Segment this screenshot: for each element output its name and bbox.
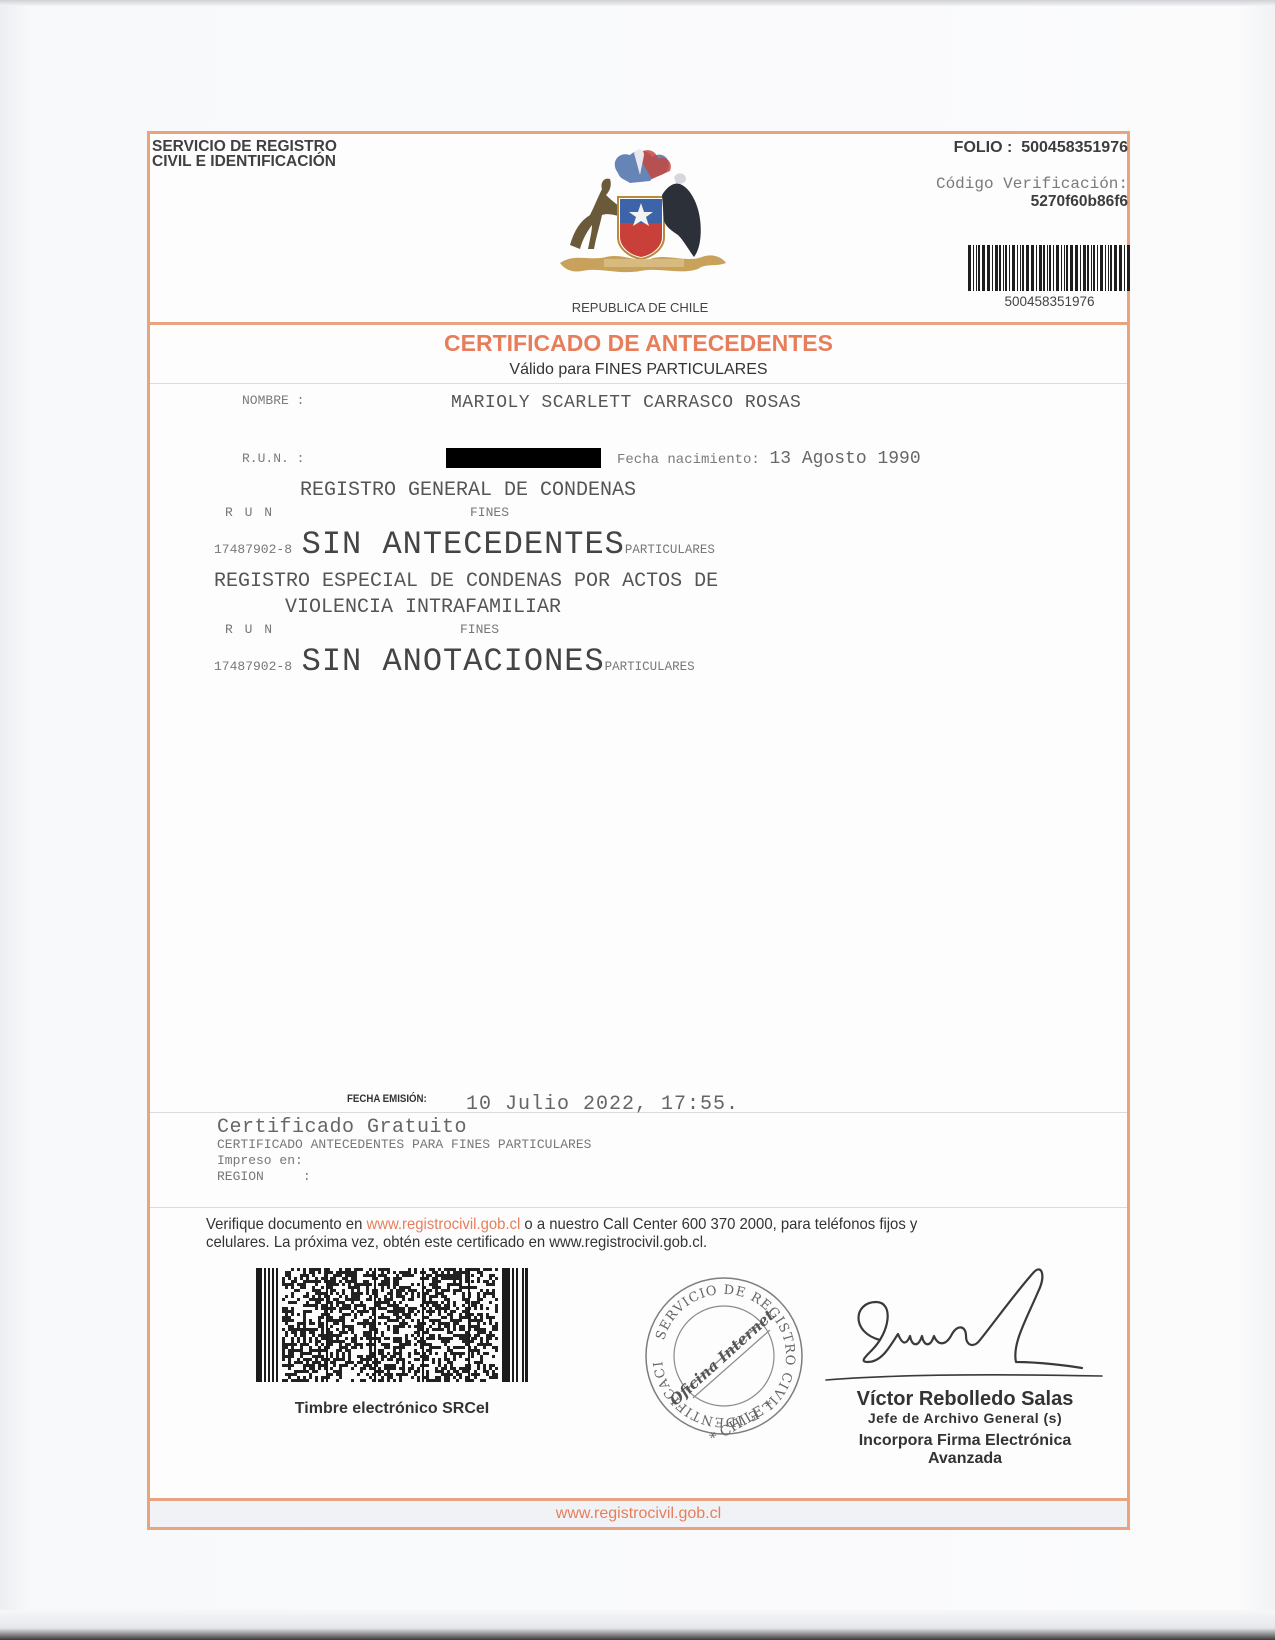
electronic-stamp-label: Timbre electrónico SRCeI xyxy=(256,1400,528,1418)
pdf417-barcode-icon xyxy=(256,1268,528,1382)
registry-general-run-header: R U N xyxy=(225,505,274,520)
registry-special-fines-header: FINES xyxy=(460,622,499,637)
agency-line-2: CIVIL E IDENTIFICACIÓN xyxy=(152,154,337,169)
signature-note-line-2: Avanzada xyxy=(820,1450,1110,1468)
birth-date-label: Fecha nacimiento: xyxy=(617,452,760,468)
registry-special-run-header: R U N xyxy=(225,622,274,637)
registry-general-purpose: PARTICULARES xyxy=(625,543,715,557)
registry-special-title-1: REGISTRO ESPECIAL DE CONDENAS POR ACTOS … xyxy=(214,570,718,593)
nombre-label: NOMBRE : xyxy=(242,393,304,408)
chile-coat-of-arms-icon xyxy=(540,145,740,285)
verify-prefix: Verifique documento en xyxy=(206,1216,366,1233)
folio-label: FOLIO : xyxy=(954,139,1013,156)
registry-general-row: 17487902-8 SIN ANTECEDENTESPARTICULARES xyxy=(214,526,715,563)
verify-suffix: o a nuestro Call Center 600 370 2000, pa… xyxy=(520,1216,917,1233)
registry-special-row: 17487902-8 SIN ANOTACIONESPARTICULARES xyxy=(214,643,695,680)
header-divider xyxy=(147,322,1130,325)
verification-notice: Verifique documento en www.registrocivil… xyxy=(206,1216,917,1252)
verify-line-2: celulares. La próxima vez, obtén este ce… xyxy=(206,1234,917,1252)
advanced-signature-note: Incorpora Firma Electrónica Avanzada xyxy=(820,1432,1110,1468)
agency-name: SERVICIO DE REGISTRO CIVIL E IDENTIFICAC… xyxy=(152,139,337,169)
registry-special-run: 17487902-8 xyxy=(214,659,292,674)
run-label: R.U.N. : xyxy=(242,451,304,466)
official-stamp-icon: SERVICIO DE REGISTRO CIVIL E IDENTIFICAC… xyxy=(638,1270,810,1442)
verify-link[interactable]: www.registrocivil.gob.cl xyxy=(366,1216,520,1233)
verify-divider xyxy=(150,1207,1127,1208)
registry-special-title-2: VIOLENCIA INTRAFAMILIAR xyxy=(285,596,561,619)
handwritten-signature-icon xyxy=(820,1262,1110,1392)
registry-general-run: 17487902-8 xyxy=(214,542,292,557)
scan-bottom-edge xyxy=(0,1610,1275,1640)
registry-special-status: SIN ANOTACIONES xyxy=(302,643,605,680)
barcode-icon xyxy=(968,245,1131,291)
free-certificate-label: Certificado Gratuito xyxy=(217,1116,467,1139)
registry-general-status: SIN ANTECEDENTES xyxy=(302,526,625,563)
stamp-center-text: Oficina Internet xyxy=(666,1306,778,1409)
country-label: REPUBLICA DE CHILE xyxy=(540,300,740,315)
verification-code-label: Código Verificación: xyxy=(936,175,1128,193)
signatory-name: Víctor Rebolledo Salas xyxy=(820,1388,1110,1411)
nombre-value: MARIOLY SCARLETT CARRASCO ROSAS xyxy=(451,393,801,413)
footer-url[interactable]: www.registrocivil.gob.cl xyxy=(147,1505,1130,1523)
subtitle-divider xyxy=(150,383,1127,384)
birth-date-value: 13 Agosto 1990 xyxy=(769,449,920,469)
registry-general-fines-header: FINES xyxy=(470,505,509,520)
folio: FOLIO : 500458351976 xyxy=(954,139,1128,157)
registry-general-title: REGISTRO GENERAL DE CONDENAS xyxy=(300,479,636,502)
printed-in-label: Impreso en: xyxy=(217,1153,303,1168)
certificate-purpose-line: CERTIFICADO ANTECEDENTES PARA FINES PART… xyxy=(217,1137,591,1152)
barcode-number: 500458351976 xyxy=(968,294,1131,309)
emission-date-value: 10 Julio 2022, 17:55. xyxy=(466,1093,739,1116)
run-redaction xyxy=(446,448,601,468)
signature-note-line-1: Incorpora Firma Electrónica xyxy=(820,1432,1110,1450)
certificate-title: CERTIFICADO DE ANTECEDENTES xyxy=(147,330,1130,357)
emission-date-label: FECHA EMISIÓN: xyxy=(347,1093,427,1105)
agency-line-1: SERVICIO DE REGISTRO xyxy=(152,139,337,154)
scan-top-edge xyxy=(0,0,1275,6)
certificate-subtitle: Válido para FINES PARTICULARES xyxy=(147,361,1130,379)
region-label: REGION : xyxy=(217,1169,311,1184)
signatory-role: Jefe de Archivo General (s) xyxy=(820,1410,1110,1426)
registry-special-purpose: PARTICULARES xyxy=(605,660,695,674)
birth-date: Fecha nacimiento: 13 Agosto 1990 xyxy=(617,449,921,469)
folio-value: 500458351976 xyxy=(1021,139,1128,156)
verification-code-value: 5270f60b86f6 xyxy=(1031,193,1128,211)
